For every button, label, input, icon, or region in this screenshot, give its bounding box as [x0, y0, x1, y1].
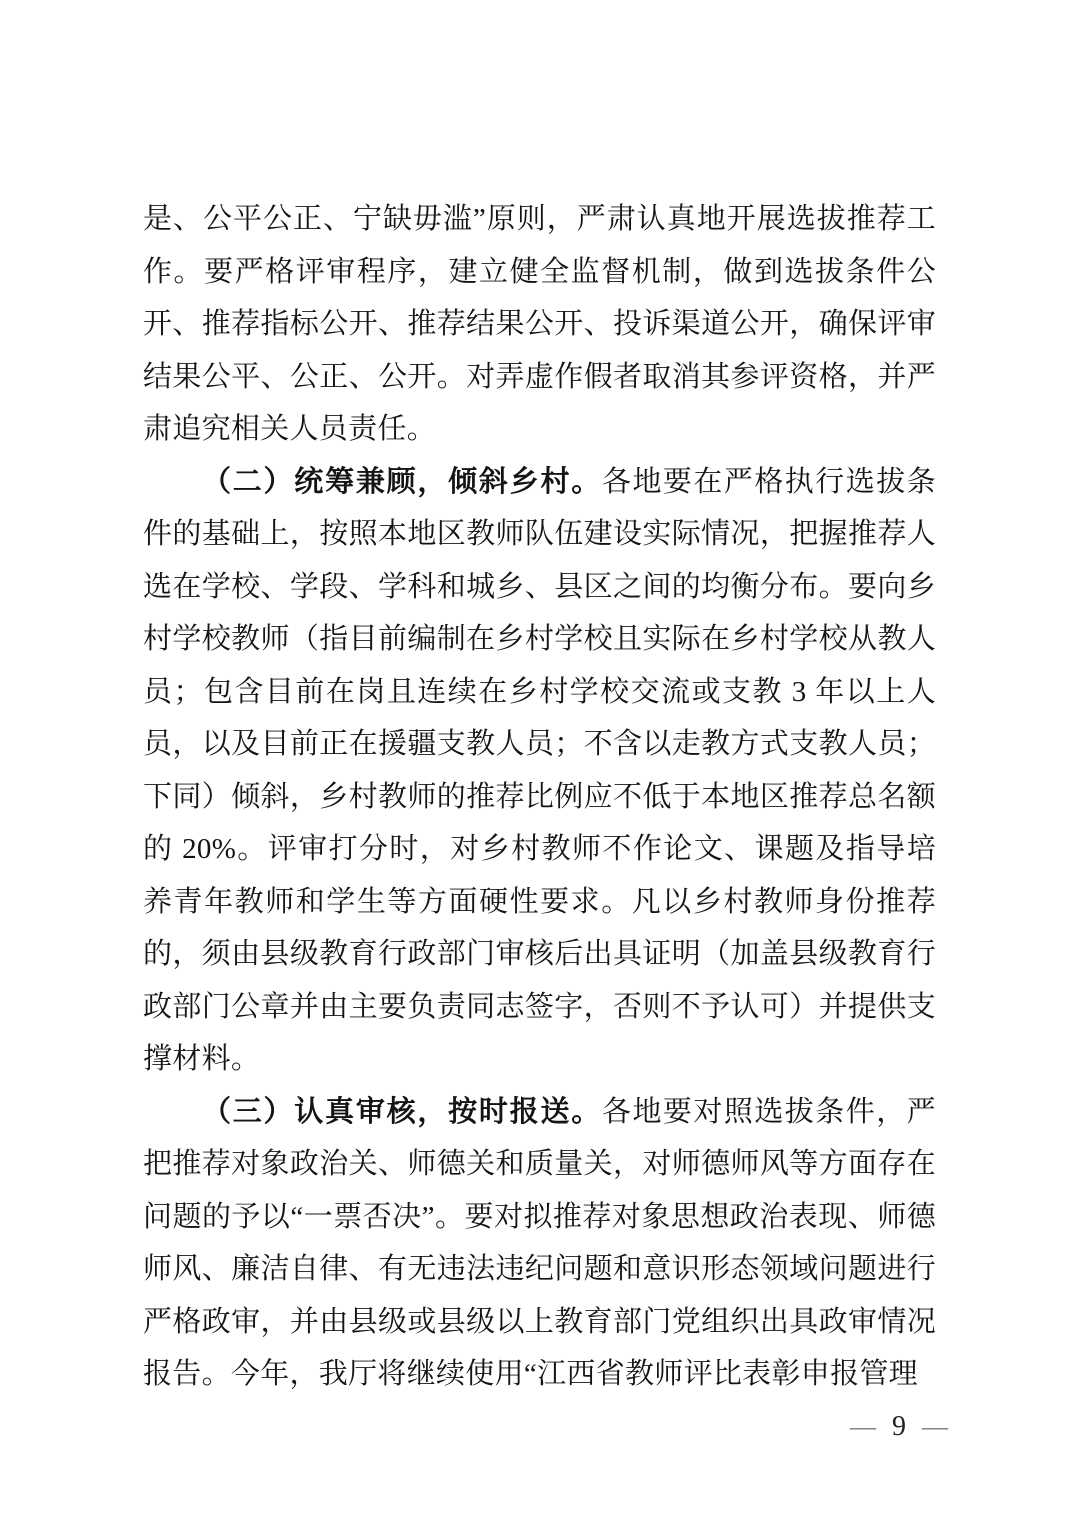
page-footer: —9—	[850, 1410, 948, 1444]
paragraph-section-2: （二）统筹兼顾，倾斜乡村。各地要在严格执行选拔条件的基础上，按照本地区教师队伍建…	[143, 456, 936, 1086]
paragraph-text: 是、公平公正、宁缺毋滥”原则，严肃认真地开展选拔推荐工作。要严格评审程序，建立健…	[143, 203, 936, 445]
paragraph-lead: （三）认真审核，按时报送。	[202, 1096, 602, 1128]
paragraph-section-3: （三）认真审核，按时报送。各地要对照选拔条件，严把推荐对象政治关、师德关和质量关…	[143, 1086, 936, 1401]
paragraph-text: 各地要对照选拔条件，严把推荐对象政治关、师德关和质量关，对师德师风等方面存在问题…	[143, 1096, 936, 1391]
paragraph-continuation: 是、公平公正、宁缺毋滥”原则，严肃认真地开展选拔推荐工作。要严格评审程序，建立健…	[143, 193, 936, 456]
page-number: 9	[892, 1410, 906, 1444]
document-body: 是、公平公正、宁缺毋滥”原则，严肃认真地开展选拔推荐工作。要严格评审程序，建立健…	[143, 193, 936, 1401]
footer-right-dash: —	[922, 1412, 948, 1441]
document-page: 是、公平公正、宁缺毋滥”原则，严肃认真地开展选拔推荐工作。要严格评审程序，建立健…	[0, 0, 1074, 1520]
footer-left-dash: —	[850, 1412, 876, 1441]
paragraph-text: 各地要在严格执行选拔条件的基础上，按照本地区教师队伍建设实际情况，把握推荐人选在…	[143, 466, 936, 1076]
paragraph-lead: （二）统筹兼顾，倾斜乡村。	[202, 466, 602, 498]
